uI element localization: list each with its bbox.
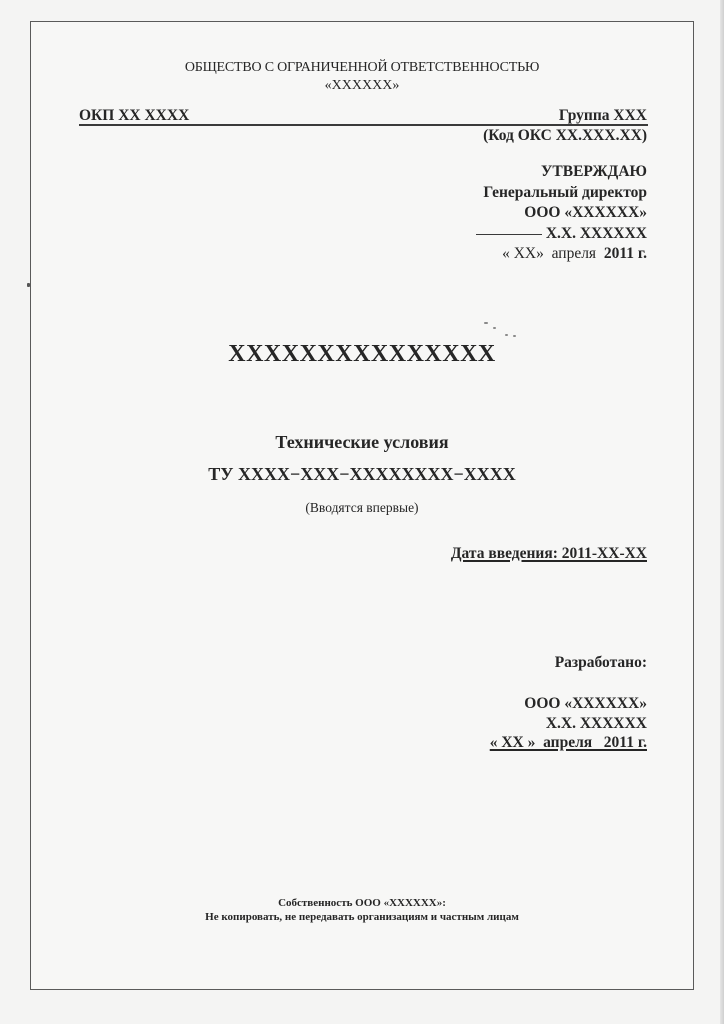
approve-heading: УТВЕРЖДАЮ <box>476 162 647 183</box>
header-rule <box>79 124 648 126</box>
oks-code: (Код ОКС XX.XXX.XX) <box>483 127 647 145</box>
signature-blank <box>476 234 542 235</box>
copy-restriction-notice: Не копировать, не передавать организация… <box>0 911 724 923</box>
scan-artifact <box>513 335 516 337</box>
developer-block: ООО «XXXXXX» X.X. XXXXXX « XX » апреля 2… <box>490 694 647 753</box>
approval-date-year: 2011 г. <box>604 245 647 262</box>
approval-date: « XX» апреля 2011 г. <box>476 244 647 265</box>
approver-position: Генеральный директор <box>476 183 647 204</box>
organization-form: ОБЩЕСТВО С ОГРАНИЧЕННОЙ ОТВЕТСТВЕННОСТЬЮ <box>0 60 724 76</box>
scan-artifact <box>493 327 496 329</box>
approval-date-month: апреля <box>552 245 596 262</box>
developer-company: ООО «XXXXXX» <box>490 694 647 714</box>
approval-block: УТВЕРЖДАЮ Генеральный директор ООО «XXXX… <box>476 162 647 265</box>
approver-signature-line: X.X. XXXXXX <box>476 224 647 245</box>
scan-artifact <box>27 283 30 287</box>
developer-label: Разработано: <box>555 654 647 672</box>
organization-name: «XXXXXX» <box>0 78 724 94</box>
introduction-date: Дата введения: 2011-XX-XX <box>451 545 647 563</box>
ownership-notice: Собственность ООО «XXXXXX»: <box>0 897 724 909</box>
group-code: Группа XXX <box>559 107 647 125</box>
document-note: (Вводятся впервые) <box>0 500 724 516</box>
approval-date-day: « XX» <box>502 245 544 262</box>
okp-code: ОКП XX XXXX <box>79 107 189 125</box>
approver-name: X.X. XXXXXX <box>546 225 647 242</box>
document-type: Технические условия <box>0 432 724 453</box>
scan-artifact <box>484 322 488 324</box>
document-code: ТУ XXXX−XXX−XXXXXXXX−XXXX <box>0 464 724 485</box>
developer-person: X.X. XXXXXX <box>490 714 647 734</box>
approver-company: ООО «XXXXXX» <box>476 203 647 224</box>
scan-artifact <box>505 334 508 336</box>
document-title: XXXXXXXXXXXXXXX <box>0 341 724 368</box>
developer-date: « XX » апреля 2011 г. <box>490 734 647 751</box>
